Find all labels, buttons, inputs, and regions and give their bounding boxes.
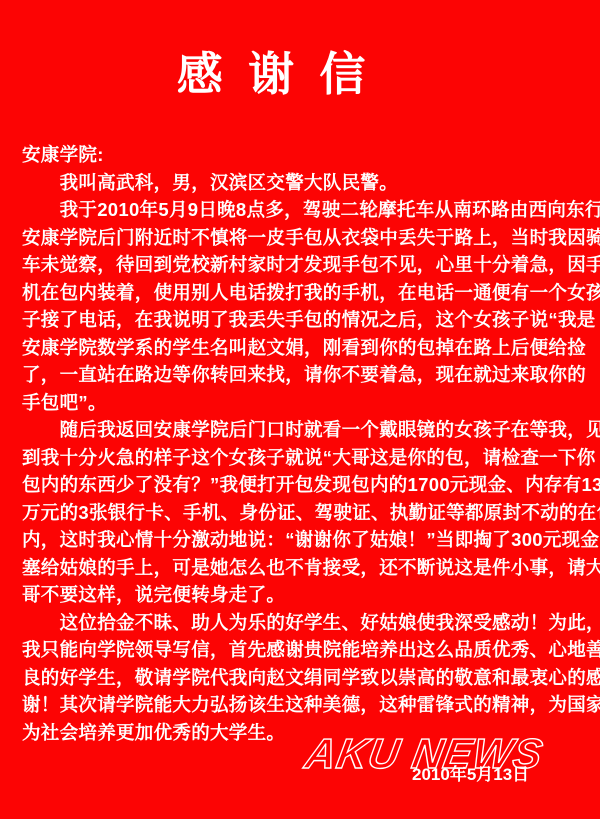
letter-line: 包内的东西少了没有？”我便打开包发现包内的1700元现金、内存有13: [22, 471, 600, 499]
letter-line: 谢！其次请学院能大力弘扬该生这种美德，这种雷锋式的精神，为国家: [22, 691, 600, 719]
letter-line: 安康学院后门附近时不慎将一皮手包从衣袋中丢失于路上，当时我因骑: [22, 224, 600, 252]
letter-line: 车未觉察，待回到党校新村家时才发现手包不见，心里十分着急，因手: [22, 251, 600, 279]
letter-body: 安康学院: 我叫高武科，男，汉滨区交警大队民警。 我于2010年5月9日晚8点多…: [22, 141, 600, 746]
letter-date: 2010年5月13日: [412, 764, 529, 786]
letter-line: 随后我返回安康学院后门口时就看一个戴眼镜的女孩子在等我，见: [22, 416, 600, 444]
letter-line: 我叫高武科，男，汉滨区交警大队民警。: [22, 169, 600, 197]
letter-line: 我只能向学院领导写信，首先感谢贵院能培养出这么品质优秀、心地善: [22, 636, 600, 664]
letter-page: { "page": { "background_color": "#fc0404…: [0, 0, 600, 819]
letter-line: 安康学院数学系的学生名叫赵文娟，刚看到你的包掉在路上后便给捡: [22, 334, 600, 362]
letter-line: 手包吧”。: [22, 389, 600, 417]
letter-line: 子接了电话，在我说明了我丢失手包的情况之后，这个女孩子说“我是: [22, 306, 600, 334]
letter-line: 哥不要这样，说完便转身走了。: [22, 581, 600, 609]
letter-line: 内，这时我心情十分激动地说：“谢谢你了姑娘！”当即掏了300元现金: [22, 526, 600, 554]
letter-salutation: 安康学院:: [22, 141, 600, 169]
letter-line: 良的好学生，敬请学院代我向赵文绢同学致以崇高的敬意和最衷心的感: [22, 664, 600, 692]
letter-line: 了，一直站在路边等你转回来找，请你不要着急，现在就过来取你的: [22, 361, 600, 389]
letter-line: 万元的3张银行卡、手机、身份证、驾驶证、执勤证等都原封不动的在包: [22, 499, 600, 527]
letter-line: 机在包内装着，使用别人电话拨打我的手机，在电话一通便有一个女孩: [22, 279, 600, 307]
letter-line: 塞给姑娘的手上，可是她怎么也不肯接受，还不断说这是件小事，请大: [22, 554, 600, 582]
letter-title: 感谢信: [0, 44, 578, 104]
letter-line: 我于2010年5月9日晚8点多，驾驶二轮摩托车从南环路由西向东行经: [22, 196, 600, 224]
letter-line: 到我十分火急的样子这个女孩子就说“大哥这是你的包，请检查一下你: [22, 444, 600, 472]
letter-line: 这位拾金不昧、助人为乐的好学生、好姑娘使我深受感动！为此，: [22, 609, 600, 637]
